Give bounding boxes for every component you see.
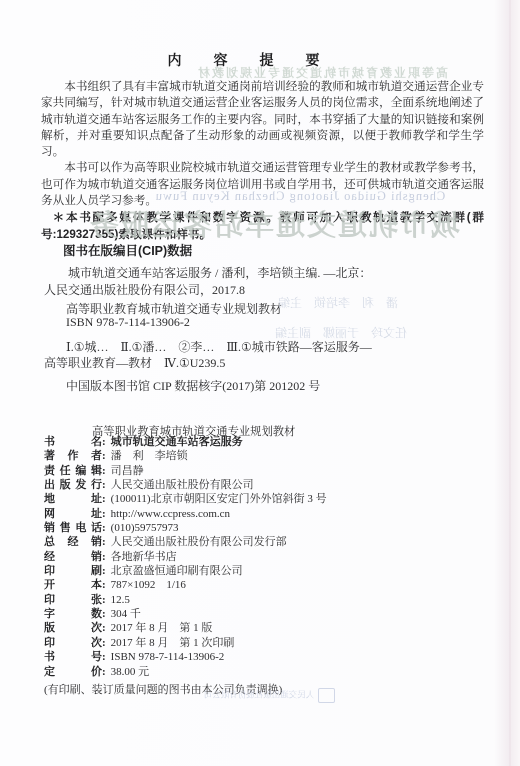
publication-info-row: 版次:2017 年 8 月 第 1 版: [44, 621, 484, 635]
row-separator: :: [102, 536, 106, 548]
publication-info-row: 地址:(100011)北京市朝阳区安定门外外馆斜街 3 号: [44, 492, 484, 506]
row-separator: :: [102, 622, 106, 634]
cip-line-title: 城市轨道交通车站客运服务 / 潘利，李培锁主编. —北京：: [68, 264, 371, 281]
row-label: 网址: [44, 507, 102, 521]
publication-info-row: 总经销:人民交通出版社股份有限公司发行部: [44, 535, 484, 549]
row-label: 著作者: [44, 449, 102, 463]
cip-line-publisher: 人民交通出版社股份有限公司，2017.8: [44, 281, 245, 298]
row-separator: :: [102, 450, 106, 462]
row-value: 2017 年 8 月 第 1 次印刷: [111, 637, 235, 649]
row-label: 出版发行: [44, 478, 102, 492]
row-separator: :: [102, 565, 106, 577]
row-value: 人民交通出版社股份有限公司: [111, 479, 254, 491]
publication-info-row: 网址:http://www.ccpress.com.cn: [44, 507, 484, 521]
publication-info-list: 书名:城市轨道交通车站客运服务 著作者:潘 利 李培锁 责任编辑:司昌静 出版发…: [44, 435, 484, 679]
page-edge-shadow: [509, 0, 511, 766]
cip-heading: 图书在版编目(CIP)数据: [63, 241, 192, 259]
cip-line-classification-1: Ⅰ.①城… Ⅱ.①潘… ②李… Ⅲ.①城市铁路—客运服务—: [66, 338, 372, 355]
row-value: (100011)北京市朝阳区安定门外外馆斜街 3 号: [111, 493, 327, 505]
row-value: 人民交通出版社股份有限公司发行部: [111, 536, 287, 548]
row-separator: :: [102, 637, 106, 649]
row-label: 经销: [44, 550, 102, 564]
row-separator: :: [102, 594, 106, 606]
row-label: 印张: [44, 593, 102, 607]
summary-paragraph-1: 本书组织了具有丰富城市轨道交通岗前培训经验的教师和城市轨道交通运营企业专家共同编…: [41, 79, 484, 160]
publication-info-row: 经销:各地新华书店: [44, 550, 484, 564]
row-label: 销售电话: [44, 521, 102, 535]
row-label: 开本: [44, 578, 102, 592]
publication-info-row: 书名:城市轨道交通车站客运服务: [44, 435, 484, 449]
courseware-note: ＊本书配多媒体教学课件和数字资源。教师可加入职教轨道教学交流群(群号:12932…: [41, 210, 484, 243]
row-value: 38.00 元: [111, 666, 150, 678]
row-separator: :: [102, 651, 106, 663]
row-label: 地址: [44, 492, 102, 506]
publication-info-row: 印次:2017 年 8 月 第 1 次印刷: [44, 636, 484, 650]
cip-record-number: 中国版本图书馆 CIP 数据核字(2017)第 201202 号: [66, 377, 320, 394]
content-summary-heading: 内 容 提 要: [0, 50, 496, 70]
scanned-book-copyright-page: 内 容 提 要 高等职业教育城市轨道交通专业规划教材 本书组织了具有丰富城市轨道…: [0, 0, 520, 766]
publication-info-row: 书号:ISBN 978-7-114-13906-2: [44, 650, 484, 664]
publisher-logo-bleed-icon: [318, 688, 335, 703]
row-value: 12.5: [111, 594, 130, 606]
publication-info-row: 责任编辑:司昌静: [44, 464, 484, 478]
row-value: 787×1092 1/16: [111, 579, 186, 591]
row-value: 2017 年 8 月 第 1 版: [111, 622, 213, 634]
cip-line-classification-2: 高等职业教育—教材 Ⅳ.①U239.5: [44, 354, 225, 371]
row-label: 版次: [44, 621, 102, 635]
row-value: 304 千: [111, 608, 141, 620]
row-value: 司昌静: [111, 465, 144, 477]
publication-info-row: 出版发行:人民交通出版社股份有限公司: [44, 478, 484, 492]
publication-info-row: 字数:304 千: [44, 607, 484, 621]
row-value: 城市轨道交通车站客运服务: [111, 436, 243, 448]
row-separator: :: [102, 465, 106, 477]
row-label: 印刷: [44, 564, 102, 578]
row-separator: :: [102, 493, 106, 505]
row-separator: :: [102, 579, 106, 591]
publication-info-row: 销售电话:(010)59757973: [44, 521, 484, 535]
row-label: 书号: [44, 650, 102, 664]
row-label: 字数: [44, 607, 102, 621]
row-label: 定价: [44, 665, 102, 679]
row-value: 各地新华书店: [111, 551, 177, 563]
row-label: 总经销: [44, 535, 102, 549]
cip-line-isbn: ISBN 978-7-114-13906-2: [66, 315, 190, 330]
row-label: 责任编辑: [44, 464, 102, 478]
row-value: (010)59757973: [111, 522, 179, 534]
row-value: http://www.ccpress.com.cn: [111, 508, 230, 520]
row-label: 书名: [44, 435, 102, 449]
publication-info-row: 著作者:潘 利 李培锁: [44, 449, 484, 463]
row-separator: :: [102, 608, 106, 620]
row-separator: :: [102, 666, 106, 678]
row-separator: :: [102, 436, 106, 448]
quality-replacement-note: (有印刷、装订质量问题的图书由本公司负责调换): [44, 681, 282, 697]
row-separator: :: [102, 508, 106, 520]
publication-info-row: 定价:38.00 元: [44, 665, 484, 679]
row-separator: :: [102, 479, 106, 491]
row-separator: :: [102, 551, 106, 563]
publication-info-row: 印张:12.5: [44, 593, 484, 607]
summary-paragraph-2: 本书可以作为高等职业院校城市轨道交通运营管理专业学生的教材或教学参考书，也可作为…: [41, 160, 484, 209]
row-value: 北京盈盛恒通印刷有限公司: [111, 565, 243, 577]
publication-info-row: 开本:787×1092 1/16: [44, 578, 484, 592]
publication-info-row: 印刷:北京盈盛恒通印刷有限公司: [44, 564, 484, 578]
row-value: ISBN 978-7-114-13906-2: [111, 651, 225, 663]
row-separator: :: [102, 522, 106, 534]
row-label: 印次: [44, 636, 102, 650]
content-summary-body: 本书组织了具有丰富城市轨道交通岗前培训经验的教师和城市轨道交通运营企业专家共同编…: [41, 79, 484, 243]
row-value: 潘 利 李培锁: [111, 450, 188, 462]
